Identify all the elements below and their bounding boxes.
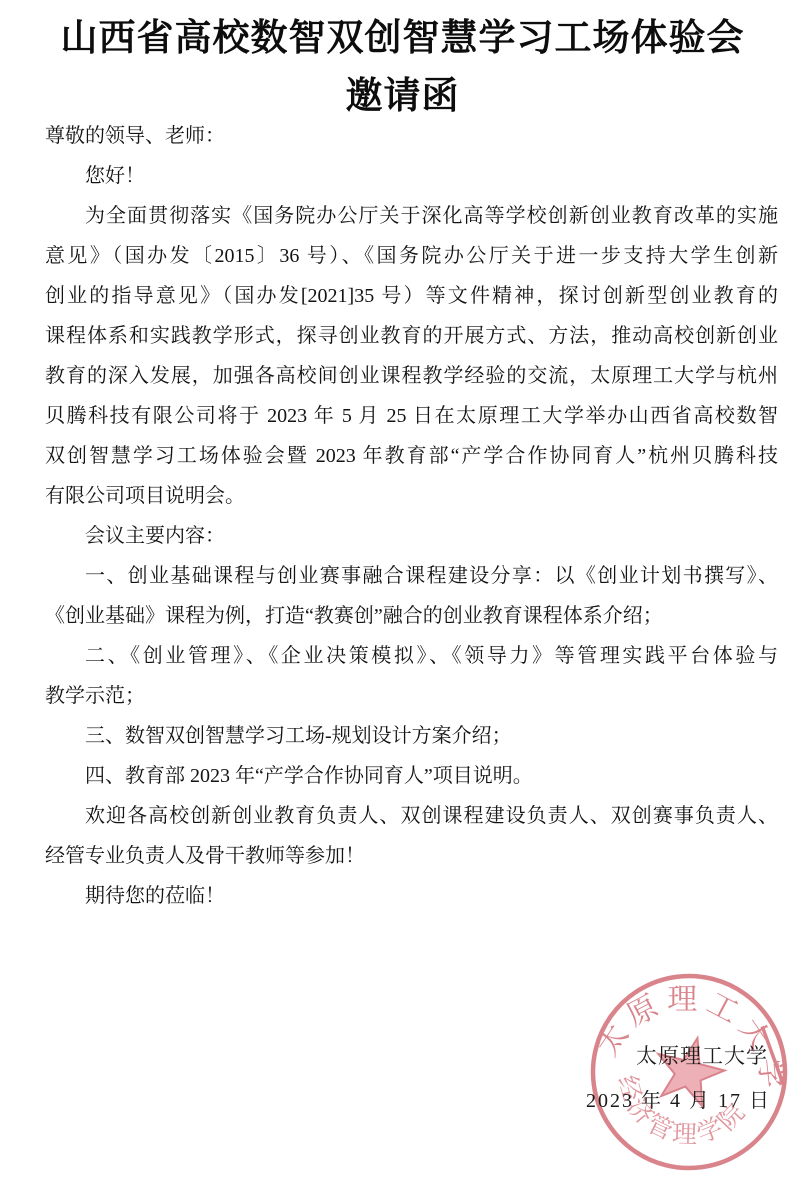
body-line: 双创智慧学习工场体验会暨 2023 年教育部“产学合作协同育人”杭州贝腾科技 xyxy=(45,436,778,476)
invitation-letter-page: 山西省高校数智双创智慧学习工场体验会 邀请函 尊敬的领导、老师： 您好！ 为全面… xyxy=(0,0,805,1200)
closing-line: 期待您的莅临！ xyxy=(45,876,778,916)
body-line: 教育的深入发展，加强各高校间创业课程教学经验的交流，太原理工大学与杭州 xyxy=(45,356,778,396)
body-line: 有限公司项目说明会。 xyxy=(45,476,778,516)
agenda-item-2b: 教学示范； xyxy=(45,676,778,716)
agenda-item-1b: 《创业基础》课程为例，打造“教赛创”融合的创业教育课程体系介绍； xyxy=(45,596,778,636)
body-line: 课程体系和实践教学形式，探寻创业教育的开展方式、方法，推动高校创新创业 xyxy=(45,316,778,356)
agenda-item-2: 二、《创业管理》、《企业决策模拟》、《领导力》等管理实践平台体验与 xyxy=(45,636,778,676)
salutation-line: 尊敬的领导、老师： xyxy=(45,116,778,156)
invitation-line: 欢迎各高校创新创业教育负责人、双创课程建设负责人、双创赛事负责人、 xyxy=(45,796,778,836)
document-title: 山西省高校数智双创智慧学习工场体验会 邀请函 xyxy=(0,10,805,126)
body-line: 为全面贯彻落实《国务院办公厅关于深化高等学校创新创业教育改革的实施 xyxy=(45,196,778,236)
seal-group: 太原理工大学 经济管理学院 xyxy=(583,966,795,1178)
agenda-item-1: 一、创业基础课程与创业赛事融合课程建设分享：以《创业计划书撰写》、 xyxy=(45,556,778,596)
body-line: 意见》（国办发〔2015〕36 号）、《国务院办公厅关于进一步支持大学生创新 xyxy=(45,236,778,276)
greeting-line: 您好！ xyxy=(45,156,778,196)
title-line-1: 山西省高校数智双创智慧学习工场体验会 xyxy=(0,10,805,68)
body-line: 贝腾科技有限公司将于 2023 年 5 月 25 日在太原理工大学举办山西省高校… xyxy=(45,396,778,436)
invitation-line2: 经管专业负责人及骨干教师等参加！ xyxy=(45,836,778,876)
body-line: 创业的指导意见》（国办发[2021]35 号）等文件精神，探讨创新型创业教育的 xyxy=(45,276,778,316)
signature-organization: 太原理工大学 xyxy=(636,1040,768,1070)
letter-body: 尊敬的领导、老师： 您好！ 为全面贯彻落实《国务院办公厅关于深化高等学校创新创业… xyxy=(45,116,778,916)
signature-date: 2023 年 4 月 17 日 xyxy=(586,1084,771,1113)
official-seal: 太原理工大学 经济管理学院 xyxy=(583,966,795,1178)
agenda-item-3: 三、数智双创智慧学习工场-规划设计方案介绍； xyxy=(45,716,778,756)
agenda-item-4: 四、教育部 2023 年“产学合作协同育人”项目说明。 xyxy=(45,756,778,796)
agenda-header: 会议主要内容： xyxy=(45,516,778,556)
